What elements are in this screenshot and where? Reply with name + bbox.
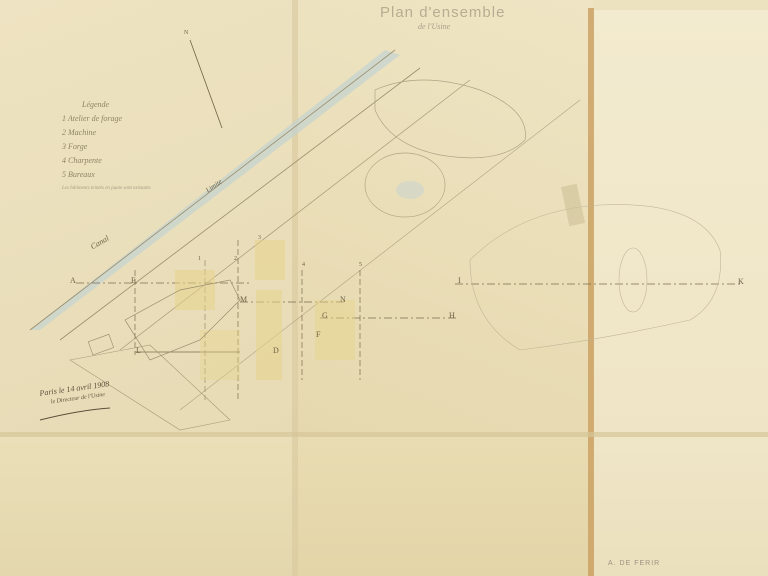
legend-heading: Légende — [82, 98, 151, 112]
legend-item: 1 Atelier de forage — [62, 112, 151, 126]
document-subtitle: de l'Usine — [418, 22, 450, 31]
building-existing — [315, 300, 355, 360]
building-number: 2 — [234, 256, 237, 262]
section-point: G — [322, 311, 328, 320]
terrain-outline — [470, 205, 721, 350]
legend-item: 4 Charpente — [62, 154, 151, 168]
section-point: E — [131, 276, 136, 285]
legend: Légende 1 Atelier de forage 2 Machine 3 … — [62, 98, 151, 196]
building-number: 5 — [359, 262, 362, 268]
section-point: L — [136, 346, 141, 355]
section-point: H — [449, 311, 455, 320]
north-label: N — [184, 30, 188, 36]
document-title: Plan d'ensemble — [380, 4, 505, 21]
scanned-document: Plan d'ensemble de l'Usine Légende 1 Ate… — [0, 0, 768, 576]
section-point: K — [738, 277, 744, 286]
footer-text: A. DE FERIR — [608, 560, 660, 567]
island-outline — [375, 80, 525, 158]
building-existing — [256, 290, 282, 380]
legend-note: Les bâtiments teintés en jaune sont exis… — [62, 182, 151, 196]
legend-item: 5 Bureaux — [62, 168, 151, 182]
building-number: 4 — [302, 262, 305, 268]
section-point: F — [316, 330, 320, 339]
building-existing — [255, 240, 285, 280]
hatched-building — [561, 184, 585, 226]
north-arrow — [190, 40, 222, 128]
site-plan-drawing — [0, 0, 768, 576]
building-number: 1 — [198, 256, 201, 262]
building-number: 3 — [258, 235, 261, 241]
legend-item: 3 Forge — [62, 140, 151, 154]
legend-item: 2 Machine — [62, 126, 151, 140]
building-existing — [200, 330, 240, 380]
section-point: D — [273, 346, 279, 355]
section-point: A — [70, 276, 76, 285]
section-point: N — [340, 295, 346, 304]
section-point: I — [458, 276, 461, 285]
section-point: M — [240, 295, 247, 304]
